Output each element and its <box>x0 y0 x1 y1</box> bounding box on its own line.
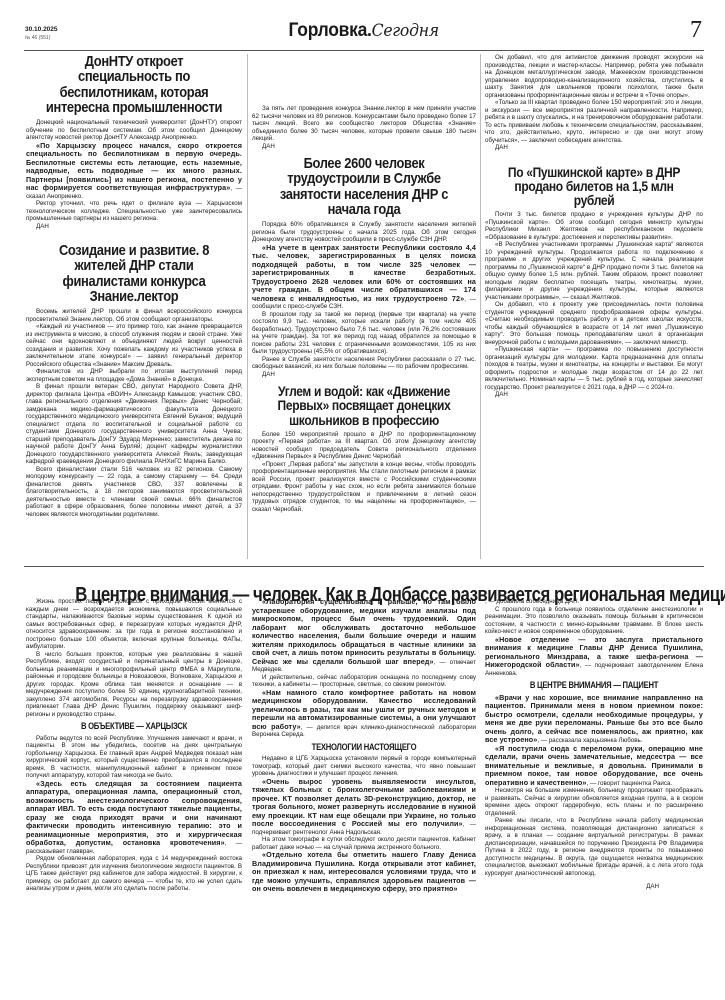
article-headline: ДонНТУ откроет специальность по беспилот… <box>41 54 227 115</box>
logo-main-text: Горловка. <box>289 20 372 41</box>
section-divider <box>24 566 704 567</box>
paragraph: Донецкий национальный технический универ… <box>26 119 242 142</box>
quote-paragraph: «Здесь есть следящая за состоянием пацие… <box>26 780 242 856</box>
quote: «По Харцызску процесс начался, скоро отк… <box>26 141 242 193</box>
paragraph: В финал прошли ветеран СВО, депутат Наро… <box>26 383 242 466</box>
paragraph: На этом томографе в сутки обследуют окол… <box>252 836 476 851</box>
paragraph: Восемь жителей ДНР прошли в финал всерос… <box>26 308 242 323</box>
quote: «Отдельно хотела бы отметить нашего Глав… <box>252 850 476 893</box>
article-headline: Созидание и развитие. 8 жителей ДНР стал… <box>41 243 227 304</box>
paragraph: Несмотря на большие изменения, больницу … <box>485 787 703 817</box>
quote-attribution: , — говорит пациентка Раиса. <box>587 780 673 787</box>
paragraph: Почти 3 тыс. билетов продано в учреждени… <box>485 211 703 241</box>
quote-paragraph: «Врачи у нас хорошие, все внимание напра… <box>485 694 703 745</box>
article-headline: По «Пушкинской карте» в ДНР продано биле… <box>500 165 687 208</box>
paragraph: Он добавил, что для активистов движения … <box>485 54 703 99</box>
newspaper-page: 30.10.2025 № 46 (551) Горловка.Сегодня 7… <box>0 0 725 1000</box>
masthead: 30.10.2025 № 46 (551) Горловка.Сегодня 7 <box>24 18 704 51</box>
quote: «Здесь есть следящая за состоянием пацие… <box>26 779 242 848</box>
quote: «Лаборатория существовала и раньше, но т… <box>252 597 476 666</box>
article-znanie: Созидание и развитие. 8 жителей ДНР стал… <box>26 243 242 518</box>
paragraph: Рядом обновленная лаборатория, куда с 14… <box>26 855 242 893</box>
subheading: В ЦЕНТРЕ ВНИМАНИЯ — ПАЦИЕНТ <box>501 682 686 690</box>
article-signature: ДАН <box>485 391 703 399</box>
subheading: ТЕХНОЛОГИИ НАСТОЯЩЕГО <box>269 744 459 752</box>
paragraph: За пять лет проведения конкурса Знание.л… <box>252 105 476 143</box>
newspaper-logo: Горловка.Сегодня <box>24 20 704 42</box>
paragraph: Ректор уточнил, что речь идет о филиале … <box>26 200 242 223</box>
quote-paragraph: «Очень вырос уровень выявляемости инсуль… <box>252 778 476 837</box>
article-employment: Более 2600 человек трудоустроили в Служб… <box>252 156 476 378</box>
article-signature: ДАН <box>485 144 703 152</box>
quote-paragraph: «По Харцызску процесс начался, скоро отк… <box>26 142 242 201</box>
paragraph: «В Республике участниками программы „Пуш… <box>485 241 703 301</box>
article-signature: ДАН <box>252 143 476 151</box>
paragraph: Ранее мы писали, что в Республике начала… <box>485 817 703 877</box>
paragraph: «Пушкинская карта» — программа по повыше… <box>485 346 703 391</box>
medicine-column-1: Жизнь простых людей в Донбассе с приходо… <box>26 598 242 893</box>
quote-paragraph: «Нам намного стало комфортнее работать н… <box>252 689 476 739</box>
logo-sub: Сегодня <box>372 21 439 41</box>
paragraph: Порядка 60% обратившихся в Службу занято… <box>252 221 476 244</box>
paragraph: Работы ведутся по всей Республике. Улучш… <box>26 735 242 780</box>
paragraph: В число больших проектов, которые уже ре… <box>26 651 242 719</box>
article-pushkin: По «Пушкинской карте» в ДНР продано биле… <box>485 165 703 399</box>
medicine-column-3: , — добавила собеседница ДАН. С прошлого… <box>485 598 703 891</box>
paragraph: Ранее в Службе занятости населения Респу… <box>252 356 476 371</box>
paragraph: Всего финалистами стали 516 человек из 8… <box>26 466 242 519</box>
paragraph: Жизнь простых людей в Донбассе с приходо… <box>26 598 242 651</box>
paragraph: В прошлом году за такой же период (первы… <box>252 311 476 356</box>
paragraph: Недавно в ЦГБ Харцызска установили первы… <box>252 755 476 778</box>
quote: «На учете в центрах занятости Республики… <box>252 243 476 303</box>
quote: «Очень вырос уровень выявляемости инсуль… <box>252 777 476 829</box>
paragraph: Он добавил, что к проекту уже присоедини… <box>485 301 703 346</box>
paragraph: С прошлого года в больнице появилось отд… <box>485 606 703 636</box>
article-donntu: ДонНТУ откроет специальность по беспилот… <box>26 54 242 230</box>
quote-paragraph: «На учете в центрах занятости Республики… <box>252 244 476 311</box>
paragraph: «Только за III квартал проведено более 1… <box>485 99 703 144</box>
column-divider <box>247 54 248 559</box>
paragraph: «Проект „Первая работа“ мы запустили в к… <box>252 461 476 514</box>
article-headline: Более 2600 человек трудоустроили в Служб… <box>268 156 461 217</box>
article-signature: ДАН <box>485 883 703 891</box>
article-signature: ДАН <box>26 223 242 231</box>
quote-attribution: , — добавила собеседница ДАН. <box>485 598 703 606</box>
article-firsts: Углем и водой: как «Движение Первых» пос… <box>252 384 476 513</box>
column-3: Он добавил, что для активистов движения … <box>485 54 703 405</box>
subheading: В ОБЪЕКТИВЕ — ХАРЦЫЗСК <box>42 723 226 731</box>
medicine-column-2: «Лаборатория существовала и раньше, но т… <box>252 598 476 894</box>
paragraph: И действительно, сейчас лаборатория осна… <box>252 674 476 689</box>
column-2: За пять лет проведения конкурса Знание.л… <box>252 105 476 513</box>
article-signature: ДАН <box>252 371 476 379</box>
article-headline: Углем и водой: как «Движение Первых» пос… <box>268 384 461 427</box>
quote-paragraph: «Новое отделение — это заслуга пристальн… <box>485 636 703 678</box>
page-number: 7 <box>690 17 702 44</box>
paragraph: Финалистов из ДНР выбрали по итогам выст… <box>26 368 242 383</box>
quote-paragraph: «Я поступила сюда с переломом руки, опер… <box>485 745 703 788</box>
column-divider <box>480 54 481 559</box>
quote-paragraph: «Лаборатория существовала и раньше, но т… <box>252 598 476 674</box>
quote-paragraph: «Отдельно хотела бы отметить нашего Глав… <box>252 851 476 894</box>
paragraph: Более 150 мероприятий прошло в ДНР по пр… <box>252 431 476 461</box>
paragraph: «Каждый из участников — это пример того,… <box>26 323 242 368</box>
logo-main: Горловка.Сегодня <box>289 20 439 42</box>
column-1: ДонНТУ откроет специальность по беспилот… <box>26 54 242 518</box>
